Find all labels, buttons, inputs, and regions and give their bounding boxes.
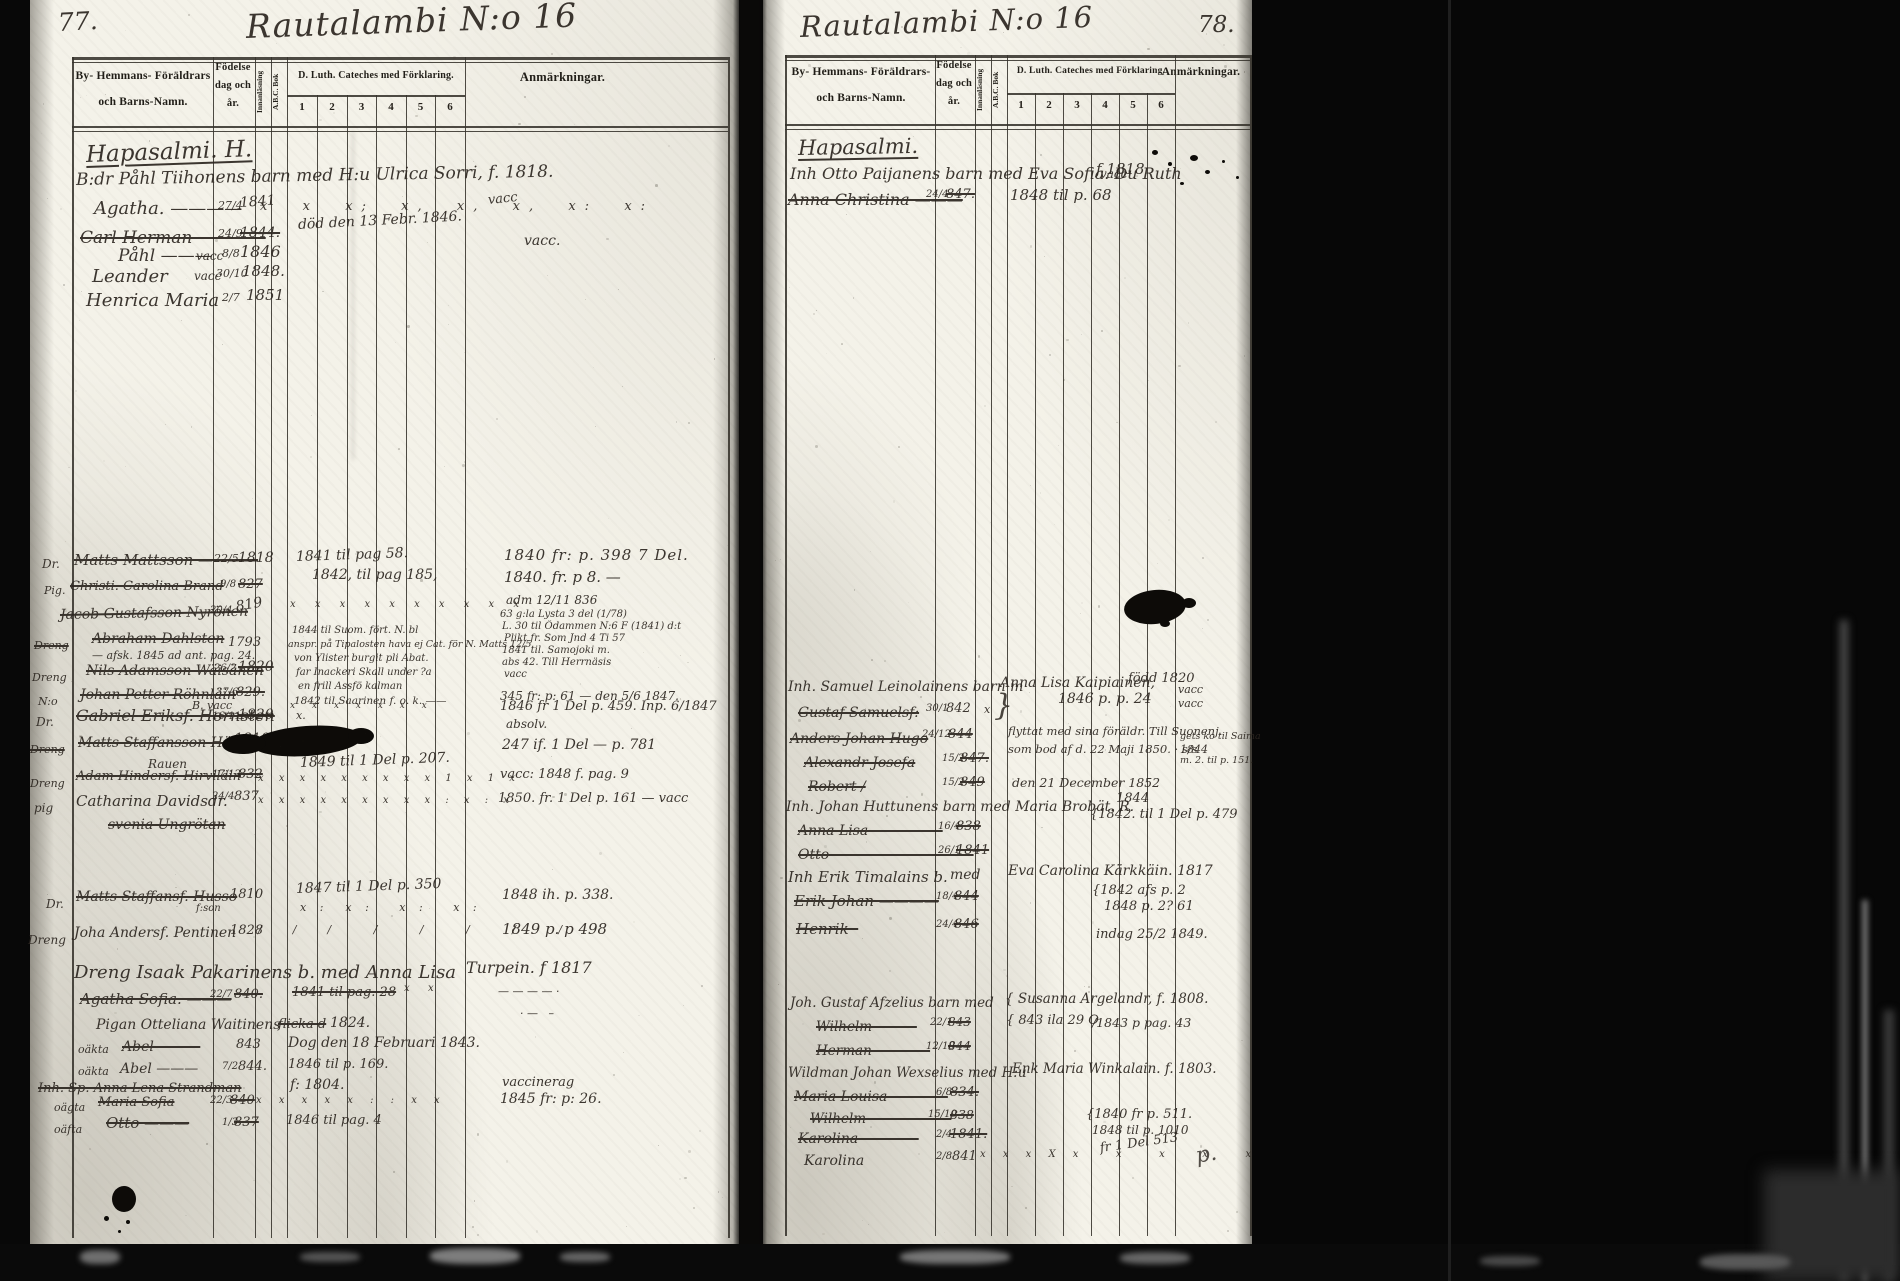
paper-speck [1006, 975, 1008, 977]
paper-speck [184, 596, 186, 598]
paper-speck [1241, 1040, 1242, 1041]
table-line-vertical [1175, 55, 1176, 1236]
paper-speck [395, 342, 396, 343]
paper-speck [898, 446, 900, 448]
paper-speck [1202, 557, 1204, 559]
paper-speck [391, 915, 393, 917]
paper-speck [415, 115, 418, 118]
handwritten-entry: 847. [960, 752, 989, 766]
catechism-subcol-number: 2 [1046, 99, 1052, 111]
handwritten-entry: 1846 til pag. 4 [286, 1114, 382, 1128]
paper-speck [1003, 32, 1004, 33]
paper-speck [1147, 48, 1149, 50]
table-line-horizontal [72, 131, 728, 132]
paper-speck [908, 602, 909, 603]
handwritten-entry: 1840. fr. p 8. — [504, 570, 621, 586]
paper-speck [1224, 65, 1226, 67]
table-line-horizontal [785, 55, 1250, 58]
handwritten-entry: · — – [520, 1008, 554, 1019]
paper-speck [444, 466, 445, 467]
paper-speck [1103, 1121, 1105, 1123]
handwritten-entry: 1841 [956, 844, 989, 858]
handwritten-entry: vacc [1100, 168, 1127, 180]
paper-speck [879, 882, 880, 883]
paper-speck [1066, 339, 1068, 341]
paper-speck [789, 287, 790, 288]
handwritten-entry: adm 12/11 836 [506, 594, 597, 606]
handwritten-entry: B:dr Påhl Tiihonens barn med H:u Ulrica … [76, 164, 554, 190]
handwritten-entry: Wilhelm ——— [816, 1020, 917, 1034]
handwritten-entry: 1851 [246, 288, 284, 304]
paper-speck [1178, 365, 1180, 367]
paper-speck [175, 874, 176, 875]
handwritten-entry: Turpein. f 1817 [466, 960, 592, 977]
paper-speck [1236, 1211, 1238, 1213]
catechism-subcol-number: 4 [1102, 99, 1108, 111]
paper-speck [81, 291, 82, 292]
ink-blot [112, 1186, 136, 1212]
paper-speck [41, 133, 42, 134]
handwritten-entry: 842 [946, 702, 971, 716]
paper-speck [165, 424, 167, 426]
paper-speck [524, 96, 526, 98]
paper-speck [798, 719, 801, 722]
paper-speck [1200, 1145, 1202, 1147]
paper-speck [1188, 322, 1190, 324]
handwritten-entry: { 843 ila 29 O [1006, 1014, 1099, 1028]
table-line-vertical [785, 55, 787, 1236]
paper-speck [506, 1160, 509, 1163]
paper-speck [319, 811, 321, 813]
paper-speck [448, 305, 450, 307]
paper-speck [622, 386, 623, 387]
paper-speck [802, 851, 803, 852]
handwritten-entry: — afsk. 1845 ad ant. pag. 24. [92, 650, 255, 661]
catechism-subcol-number: 1 [299, 101, 305, 113]
paper-speck [1058, 445, 1059, 446]
handwritten-entry: 843 [948, 1016, 971, 1028]
ink-blot [1152, 150, 1158, 155]
handwritten-entry: 1848 ih. p. 338. [502, 888, 614, 903]
paper-speck [722, 1197, 723, 1198]
paper-speck [253, 1180, 254, 1181]
paper-speck [79, 735, 82, 738]
paper-speck [379, 75, 380, 76]
handwritten-entry: 1847 til 1 Del p. 350 [296, 877, 442, 897]
handwritten-entry: } [994, 690, 1013, 721]
paper-speck [865, 708, 866, 709]
handwritten-entry: 1850. fr. 1 Del p. 161 — vacc [498, 792, 688, 806]
handwritten-entry: Pig. [44, 585, 65, 596]
paper-speck [448, 324, 449, 325]
paper-speck [43, 103, 44, 104]
paper-speck [89, 1148, 91, 1150]
paper-speck [841, 343, 843, 345]
paper-speck [467, 732, 470, 735]
handwritten-entry: {1842 afs p. 2 [1092, 884, 1186, 898]
handwritten-entry: svenia Ungrötan [108, 818, 226, 833]
scan-streak [352, 130, 354, 460]
paper-speck [380, 736, 381, 737]
paper-speck [605, 802, 606, 803]
paper-speck [65, 541, 66, 542]
paper-speck [802, 1023, 804, 1025]
paper-speck [585, 299, 586, 300]
paper-speck [1030, 902, 1032, 904]
handwritten-entry: 1848. [242, 264, 285, 280]
paper-speck [1168, 519, 1170, 521]
paper-speck [1041, 827, 1042, 828]
scanned-document: 77. Rautalambi N:o 16 Rautalambi N:o 16 … [0, 0, 1900, 1281]
paper-speck [252, 498, 253, 499]
paper-speck [543, 3, 544, 4]
handwritten-entry: Dr. [42, 558, 60, 570]
paper-speck [680, 698, 681, 699]
paper-speck [1202, 628, 1203, 629]
paper-speck [464, 461, 465, 462]
paper-speck [114, 1012, 116, 1014]
paper-speck [310, 456, 313, 459]
handwritten-entry: 1844. [240, 226, 280, 241]
paper-speck [688, 1150, 691, 1153]
paper-speck [79, 320, 80, 321]
paper-speck [322, 291, 323, 292]
paper-speck [820, 924, 821, 925]
paper-speck [1103, 992, 1104, 993]
handwritten-entry: 1844 [1180, 744, 1208, 755]
paper-speck [714, 358, 715, 359]
paper-speck [921, 793, 924, 796]
paper-speck [216, 1102, 217, 1103]
handwritten-entry: 1820 [238, 660, 274, 675]
table-line-horizontal [72, 62, 728, 63]
paper-speck [618, 289, 620, 291]
handwritten-entry: 844 [948, 1040, 971, 1052]
catechism-subcol-number: 3 [1074, 99, 1080, 111]
paper-speck [718, 1191, 720, 1193]
paper-speck [1101, 330, 1103, 332]
paper-speck [906, 796, 908, 798]
handwritten-entry: Gustaf Samuelsf: [798, 706, 919, 721]
paper-speck [813, 313, 815, 315]
paper-speck [129, 892, 131, 894]
paper-speck [506, 127, 507, 128]
paper-speck [68, 467, 69, 468]
paper-speck [1092, 921, 1095, 924]
handwritten-entry: { Susanna Argelandr, f. 1808. [1005, 992, 1208, 1006]
handwritten-entry: von Ylister burgit pli Abat. [294, 654, 429, 664]
handwritten-entry: gets ko til Saima [1180, 732, 1261, 742]
catechism-subcol-number: 4 [388, 101, 394, 113]
handwritten-entry: f: 1804. [290, 1078, 344, 1093]
paper-speck [103, 460, 105, 462]
handwritten-entry: — — — — · [498, 986, 559, 997]
paper-speck [693, 1207, 695, 1209]
handwritten-entry: x x x x x x x [290, 702, 434, 711]
handwritten-entry: 7/2 [222, 1062, 238, 1072]
handwritten-entry: pig [34, 802, 53, 814]
handwritten-entry: 1846 til p. 169. [288, 1058, 388, 1072]
paper-speck [658, 667, 659, 668]
paper-speck [261, 572, 263, 574]
paper-speck [893, 500, 895, 502]
handwritten-entry: 1840 fr: p. 398 7 Del. [504, 548, 689, 564]
paper-speck [333, 112, 335, 114]
paper-speck [551, 53, 553, 55]
paper-speck [790, 1127, 791, 1128]
paper-speck [464, 352, 465, 353]
paper-speck [477, 1234, 479, 1236]
ink-blot [1222, 160, 1225, 163]
handwritten-entry: 834. [950, 1086, 979, 1100]
paper-speck [373, 751, 374, 752]
paper-speck [1049, 354, 1051, 356]
handwritten-entry: som bod af d. 22 Maji 1850. · s/s [1008, 744, 1198, 756]
paper-speck [866, 841, 867, 842]
ink-blot [1182, 598, 1196, 608]
table-line-vertical [72, 57, 74, 1238]
catechism-subcol-number: 1 [1018, 99, 1024, 111]
handwritten-entry: Maria Louisa ———— [794, 1090, 948, 1105]
paper-speck [920, 696, 922, 698]
paper-speck [984, 405, 985, 406]
ink-blot [1190, 155, 1198, 161]
handwritten-entry: 1846 fr 1 Del p. 459. Inp. 6/1847 [500, 700, 717, 714]
handwritten-entry: 838 [950, 1108, 974, 1121]
paper-speck [427, 242, 428, 243]
paper-speck [676, 421, 678, 423]
handwritten-entry: x x x x x x x x x x [290, 600, 527, 610]
paper-speck [580, 683, 581, 684]
handwritten-entry: 1841. [950, 1128, 987, 1142]
paper-speck [1030, 485, 1031, 486]
handwritten-entry: abs 42. Till Herrnäsis [502, 658, 611, 668]
handwritten-entry: oäkta [78, 1066, 109, 1077]
handwritten-entry: 1846 [240, 244, 281, 261]
paper-speck [774, 103, 775, 104]
handwritten-entry: vacc [1178, 698, 1203, 709]
handwritten-entry: 63 g:la Lysta 3 del (1/78) [500, 610, 627, 620]
scan-bottom-smudge [1480, 1256, 1540, 1266]
paper-speck [63, 284, 65, 286]
paper-speck [474, 1200, 475, 1201]
handwritten-entry: Pigan Otteliana Waitinens [96, 1018, 280, 1033]
handwritten-entry: vacc. [524, 234, 560, 249]
paper-speck [668, 145, 670, 147]
table-line-vertical [1007, 55, 1008, 1236]
paper-speck [188, 14, 190, 16]
paper-speck [688, 422, 690, 424]
handwritten-entry: Dreng [28, 934, 66, 946]
paper-speck [643, 652, 644, 653]
handwritten-entry: 1846 p. p. 24 [1058, 692, 1152, 707]
handwritten-entry: 840. [234, 988, 263, 1002]
paper-speck [1136, 676, 1138, 678]
handwritten-entry: Wildman Johan Wexselius med H:u [788, 1066, 1027, 1080]
handwritten-entry: 1818 [238, 551, 274, 566]
table-line-vertical [935, 55, 936, 1236]
paper-speck [402, 196, 403, 197]
paper-speck [1223, 44, 1225, 46]
paper-speck [253, 936, 254, 937]
catechism-subcol-number: 3 [359, 101, 365, 113]
table-line-vertical [991, 55, 992, 1236]
paper-speck [1020, 710, 1022, 712]
paper-speck [472, 1226, 474, 1228]
table-line-vertical [1250, 55, 1252, 1236]
paper-speck [398, 448, 400, 450]
paper-speck [658, 1145, 659, 1146]
paper-speck [701, 985, 703, 987]
catechism-subcol-number: 5 [418, 101, 424, 113]
handwritten-entry: Maria Sofia [98, 1096, 174, 1110]
handwritten-entry: Dog den 18 Februari 1843. [288, 1036, 480, 1051]
handwritten-entry: Joha Andersf. Pentinen [74, 926, 236, 941]
paper-speck [1084, 986, 1085, 987]
handwritten-entry: vacc: 1848 f. pag. 9 [500, 768, 629, 782]
handwritten-entry: 1842, til pag 185, [312, 568, 437, 583]
paper-speck [944, 1232, 945, 1233]
paper-speck [780, 1125, 781, 1126]
paper-speck [1044, 256, 1045, 257]
paper-speck [393, 1171, 396, 1174]
paper-speck [1040, 492, 1042, 494]
handwritten-entry: en frill Assfö kalman [298, 682, 402, 692]
handwritten-entry: 2/8 [936, 1152, 952, 1162]
paper-speck [1170, 706, 1171, 707]
handwritten-entry: 844 [948, 728, 973, 742]
paper-speck [679, 1178, 681, 1180]
paper-speck [254, 834, 255, 835]
paper-speck [77, 1224, 79, 1226]
table-line-vertical [975, 55, 976, 1236]
paper-speck [889, 970, 891, 972]
handwritten-entry: Dreng [30, 744, 65, 755]
paper-speck [853, 297, 855, 299]
paper-speck [1244, 355, 1246, 357]
paper-speck [369, 871, 372, 874]
paper-speck [608, 518, 609, 519]
paper-speck [141, 238, 142, 239]
scan-bottom-smudge [560, 1252, 610, 1262]
paper-speck [623, 1052, 624, 1053]
paper-speck [496, 418, 498, 420]
handwritten-entry: Abel ——— [120, 1062, 198, 1077]
paper-speck [1244, 71, 1246, 73]
paper-speck [222, 344, 223, 345]
paper-speck [638, 1015, 639, 1016]
table-line-horizontal [785, 60, 1250, 61]
paper-speck [276, 43, 277, 44]
ink-blot [1236, 176, 1239, 179]
handwritten-entry: x x x x x x x x x 1 x 1 x [258, 774, 521, 784]
handwritten-entry: x : x : x : x : [300, 902, 482, 913]
handwritten-entry: Hapasalmi. H. [86, 138, 253, 168]
paper-speck [1148, 380, 1149, 381]
paper-speck [800, 159, 801, 160]
handwritten-entry: 24/9 [218, 228, 243, 239]
handwritten-entry: 1844 til Suom. fört. N. bl [292, 626, 418, 636]
paper-speck [162, 724, 165, 727]
paper-speck [1206, 33, 1207, 34]
handwritten-entry: 843 [236, 1038, 261, 1052]
paper-speck [1081, 602, 1083, 604]
handwritten-entry: m. 2. til p. 151. [1180, 756, 1253, 766]
handwritten-entry: Abel ——— [122, 1040, 200, 1055]
handwritten-entry: oägta [54, 1102, 85, 1113]
handwritten-entry: 9/8 [220, 580, 236, 590]
ink-blot [1205, 170, 1210, 174]
handwritten-entry: 22/5 [214, 553, 239, 564]
paper-speck [1040, 154, 1042, 156]
table-line-vertical [435, 95, 436, 1238]
paper-speck [725, 829, 726, 830]
handwritten-entry: Erik Johan ———— [794, 894, 939, 910]
paper-speck [854, 589, 856, 591]
handwritten-entry: {1842. til 1 Del p. 479 [1090, 808, 1238, 822]
paper-speck [206, 1143, 207, 1144]
paper-speck [1157, 563, 1158, 564]
handwritten-entry: Anna Lisa ————— [798, 824, 943, 839]
handwritten-entry: vacc [196, 250, 223, 262]
handwritten-entry: 844. [238, 1060, 267, 1074]
handwritten-entry: 26/2 [214, 664, 236, 674]
paper-speck [1105, 714, 1107, 716]
handwritten-entry: Inh. Johan Huttunens barn med Maria Brob… [786, 800, 1134, 815]
handwritten-entry: 841 [952, 1150, 977, 1164]
paper-speck [862, 938, 863, 939]
paper-speck [473, 161, 474, 162]
paper-speck [870, 551, 871, 552]
handwritten-entry: 24/12 [922, 730, 951, 740]
paper-speck [1030, 245, 1032, 247]
paper-speck [191, 426, 192, 427]
handwritten-entry: 849 [960, 776, 985, 790]
scan-bottom-smudge [1120, 1252, 1190, 1264]
handwritten-entry: p. [1194, 1143, 1219, 1169]
handwritten-entry: Robert / [808, 780, 866, 795]
table-line-horizontal [785, 129, 1250, 130]
ink-blot [1168, 162, 1172, 166]
table-and-handwriting-layer: 123456123456Hapasalmi. H.B:dr Påhl Tiiho… [0, 0, 1900, 1281]
paper-speck [870, 1126, 872, 1128]
handwritten-entry: {1840 fr p. 511. [1086, 1108, 1192, 1122]
paper-speck [420, 579, 423, 582]
handwritten-entry: Leander [92, 268, 168, 287]
paper-speck [655, 184, 658, 187]
paper-speck [816, 310, 817, 311]
handwritten-entry: 247 if. 1 Del — p. 781 [502, 738, 656, 753]
handwritten-entry: Karolina [804, 1154, 864, 1169]
paper-speck [868, 1224, 869, 1225]
paper-speck [1011, 1186, 1013, 1188]
handwritten-entry: Karolina ———— [798, 1132, 919, 1147]
handwritten-entry: med [950, 868, 981, 883]
table-line-horizontal [72, 126, 728, 128]
handwritten-entry: Dreng [32, 672, 67, 683]
scan-streak [1448, 0, 1451, 1281]
paper-speck [1116, 422, 1117, 423]
handwritten-entry: 1848 til p. 68 [1010, 188, 1112, 204]
paper-speck [1080, 613, 1081, 614]
ink-blot [348, 728, 374, 744]
table-line-horizontal [72, 57, 728, 60]
handwritten-entry: 1810 [230, 888, 263, 902]
paper-speck [551, 756, 552, 757]
paper-speck [132, 274, 133, 275]
handwritten-entry: oäkta [78, 1044, 109, 1055]
paper-speck [215, 239, 218, 242]
